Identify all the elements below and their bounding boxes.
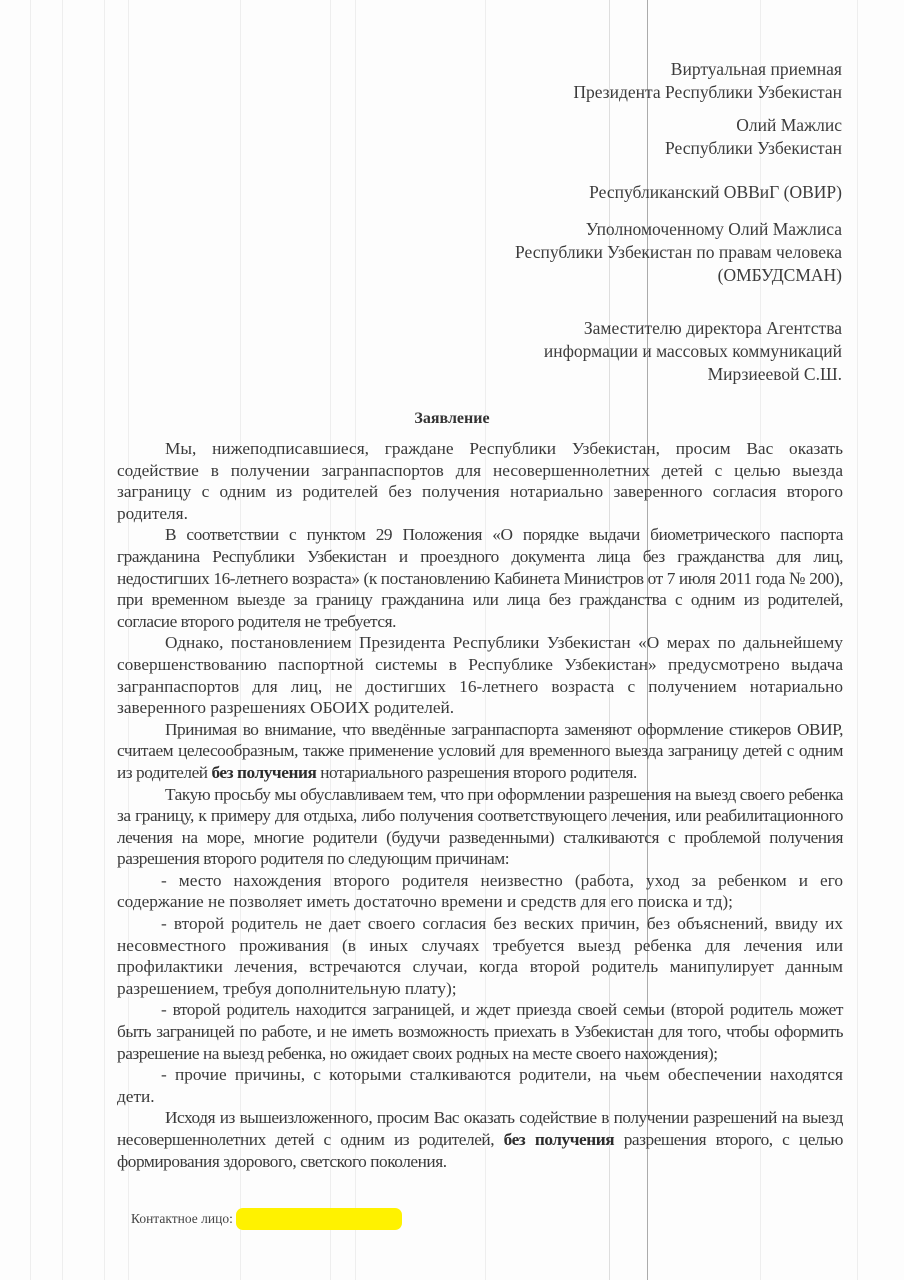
scan-streak <box>62 0 63 1280</box>
addressee-line: Виртуальная приемная <box>573 58 842 81</box>
paragraph-request: Мы, нижеподписавшиеся, граждане Республи… <box>117 438 843 524</box>
document-body: Мы, нижеподписавшиеся, граждане Республи… <box>117 438 843 1172</box>
addressee-line: Мирзиеевой С.Ш. <box>544 363 842 386</box>
reason-item: - второй родитель находится заграницей, … <box>117 999 843 1064</box>
contact-person: Контактное лицо: <box>131 1208 402 1230</box>
paragraph-decree: Однако, постановлением Президента Респуб… <box>117 632 843 718</box>
text-span: нотариального разрешения второго родител… <box>316 763 637 782</box>
reason-item: - место нахождения второго родителя неиз… <box>117 870 843 913</box>
addressee-ombudsman: Уполномоченному Олий Мажлиса Республики … <box>515 218 842 287</box>
paragraph-regulation: В соответствии с пунктом 29 Положения «О… <box>117 524 843 632</box>
addressee-virtual-reception: Виртуальная приемная Президента Республи… <box>573 58 842 104</box>
addressee-ovir: Республиканский ОВВиГ (ОВИР) <box>589 181 842 204</box>
addressee-oliy-majlis: Олий Мажлис Республики Узбекистан <box>665 114 842 160</box>
scanned-letter-page: Виртуальная приемная Президента Республи… <box>0 0 904 1280</box>
reason-item: - второй родитель не дает своего согласи… <box>117 913 843 999</box>
emphasis-text: без получения <box>504 1130 615 1149</box>
addressee-line: Президента Республики Узбекистан <box>573 81 842 104</box>
emphasis-text: без получения <box>211 763 316 782</box>
contact-label: Контактное лицо: <box>131 1211 233 1227</box>
addressee-line: Республики Узбекистан <box>665 137 842 160</box>
scan-streak <box>30 0 31 1280</box>
reason-item: - прочие причины, с которыми сталкиваютс… <box>117 1064 843 1107</box>
scan-streak <box>857 0 858 1280</box>
addressee-line: Заместителю директора Агентства <box>544 317 842 340</box>
paragraph-consideration: Принимая во внимание, что введённые загр… <box>117 719 843 784</box>
addressee-line: Уполномоченному Олий Мажлиса <box>515 218 842 241</box>
document-title: Заявление <box>0 410 904 428</box>
paragraph-justification: Такую просьбу мы обуславливаем тем, что … <box>117 784 843 870</box>
scan-streak <box>104 0 105 1280</box>
addressee-line: Республики Узбекистан по правам человека <box>515 241 842 264</box>
addressee-line: информации и массовых коммуникаций <box>544 340 842 363</box>
addressee-line: Республиканский ОВВиГ (ОВИР) <box>589 181 842 204</box>
paragraph-conclusion: Исходя из вышеизложенного, просим Вас ок… <box>117 1107 843 1172</box>
addressee-line: (ОМБУДСМАН) <box>515 264 842 287</box>
redacted-contact-value <box>236 1208 402 1230</box>
addressee-agency-deputy: Заместителю директора Агентства информац… <box>544 317 842 386</box>
addressee-line: Олий Мажлис <box>665 114 842 137</box>
